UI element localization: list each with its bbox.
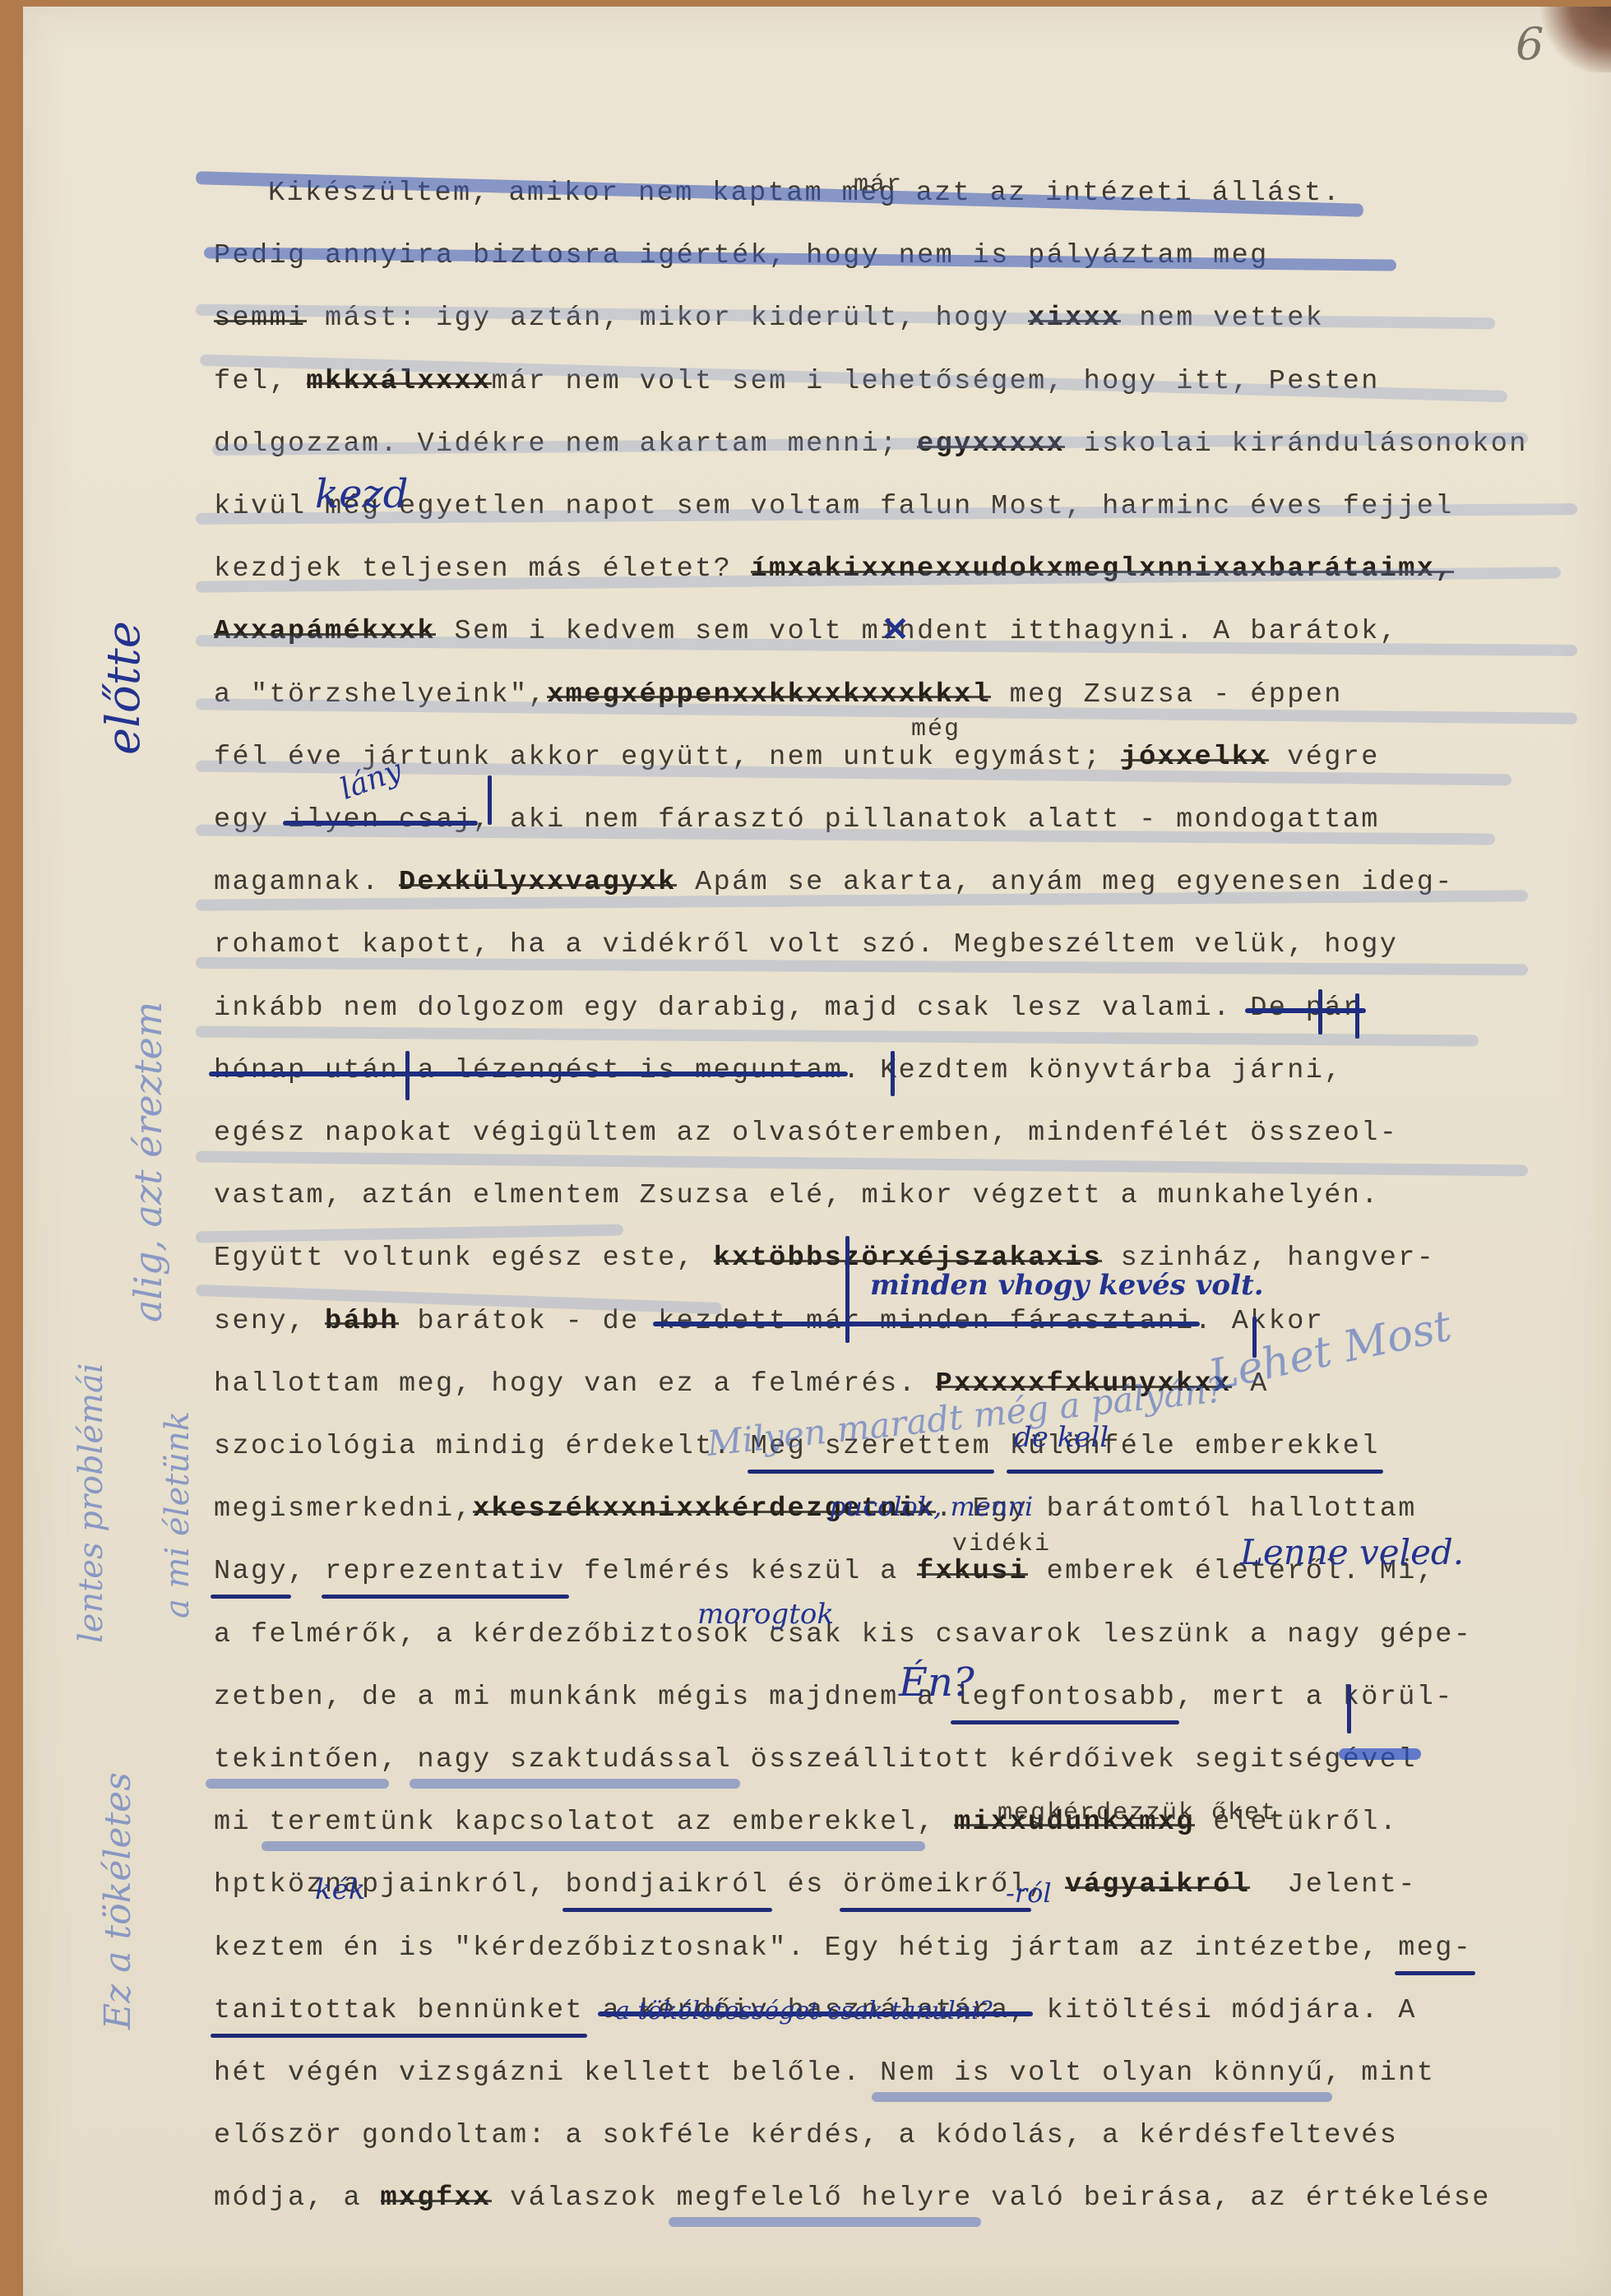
margin-note-vertical: előtte (97, 621, 150, 755)
pen-underline: legfontosabb (954, 1682, 1176, 1713)
pen-bracket (1347, 1684, 1351, 1734)
pen-underline: örömeikről (843, 1869, 1028, 1900)
pen-bracket (488, 775, 492, 825)
typed-text: Együtt voltunk egész este, (214, 1243, 714, 1274)
insertion-mark-icon: × (880, 607, 910, 649)
typed-line: módja, a mxgfxx válaszok megfelelő helyr… (214, 2183, 1491, 2214)
pen-underline: tanitottak bennünket (214, 1995, 584, 2026)
typed-line: inkább nem dolgozom egy darabig, majd cs… (214, 993, 1361, 1024)
pen-bracket (405, 1051, 410, 1100)
typed-strikeout: jóxxelkx (1121, 742, 1269, 773)
typed-line: hptköznapjainkról, bondjaikról és örömei… (214, 1869, 1417, 1900)
typed-text: seny, (214, 1306, 325, 1337)
handwritten-note: pucolok, menni (829, 1491, 1033, 1522)
marker-underline: megfelelő helyre (677, 2183, 973, 2214)
typed-text: szociológia mindig érdekelt. (214, 1431, 751, 1462)
typed-text (584, 1995, 603, 2026)
typed-text: és (769, 1869, 843, 1900)
typed-line: egész napokat végigültem az olvasóteremb… (214, 1118, 1398, 1149)
typed-text: zetben, de a mi munkánk mégis majdnem a (214, 1682, 954, 1713)
handwritten-note: morogtok (697, 1598, 834, 1631)
margin-note-vertical: Ez a tökéletes (97, 1772, 139, 2030)
typed-text: először gondoltam: a sokféle kérdés, a k… (214, 2120, 1398, 2151)
handwritten-note: -ról (1006, 1877, 1052, 1909)
pen-bracket (1355, 993, 1359, 1039)
marker-underline: nagy szaktudással (418, 1744, 733, 1775)
margin-note-vertical: lentes problémái (72, 1363, 110, 1643)
typed-line: seny, bábh barátok - de kezdett már mind… (214, 1306, 1324, 1337)
pen-underline: meg- (1398, 1933, 1472, 1964)
pen-strikethrough: hónap után a lézengést is meguntam (214, 1055, 843, 1086)
marker-underline: teremtünk kapcsolatot az emberekkel (270, 1807, 918, 1838)
pen-bracket (891, 1051, 895, 1096)
typed-text: a felmérők, a kérdezőbiztosok csak kis c… (214, 1619, 1472, 1650)
typed-insertion: megkérdezzük őket (998, 1799, 1277, 1827)
margin-note-vertical: alig, azt éreztem (126, 1002, 170, 1322)
typed-text: mi (214, 1807, 270, 1838)
typed-line: tekintően, nagy szaktudással összeállito… (214, 1744, 1417, 1775)
pen-underline: bondjaikról (566, 1869, 770, 1900)
typed-text: Jelent- (1250, 1869, 1417, 1900)
typed-text: keztem én is "kérdezőbiztosnak". Egy hét… (214, 1933, 1398, 1964)
typed-text: vastam, aztán elmentem Zsuzsa elé, mikor… (214, 1180, 1380, 1211)
typed-strikeout: Dexkülyxxvagyxk (399, 867, 677, 898)
marker-underline: Nem is volt olyan könnyű (880, 2058, 1324, 2089)
typed-text: hét végén vizsgázni kellett belőle. (214, 2058, 880, 2089)
pen-bracket (1318, 989, 1322, 1035)
typed-strikeout: vágyaikról (1065, 1869, 1250, 1900)
typed-text: rohamot kapott, ha a vidékről volt szó. … (214, 929, 1398, 961)
typed-text: összeállitott kérdőivek segitségével (732, 1744, 1417, 1775)
marker-underline: tekintően (214, 1744, 381, 1775)
typed-strikeout: mxgfxx (381, 2183, 492, 2214)
typed-strikeout: bábh (325, 1306, 399, 1337)
handwritten-note: de kell (1014, 1421, 1109, 1454)
pen-underline: Nagy (214, 1556, 288, 1587)
pen-bracket (845, 1236, 849, 1343)
typed-text: végre (1269, 742, 1380, 773)
typed-line: rohamot kapott, ha a vidékről volt szó. … (214, 929, 1398, 961)
typed-text: egész napokat végigültem az olvasóteremb… (214, 1118, 1398, 1149)
typed-line: hónap után a lézengést is meguntam. Kezd… (214, 1055, 1343, 1086)
typed-text: , (917, 1807, 954, 1838)
typed-text (991, 1431, 1010, 1462)
typed-text: hptköznapjainkról, (214, 1869, 566, 1900)
handwritten-note: Lenne veled. (1240, 1532, 1464, 1572)
typed-text: magamnak. (214, 867, 399, 898)
typewritten-manuscript-page: 6 Kikészültem, amikor nem kaptam meg azt… (23, 7, 1611, 2296)
typed-text: . Kezdtem könyvtárba járni, (843, 1055, 1343, 1086)
typed-insertion: vidéki (952, 1530, 1051, 1558)
typed-line: a felmérők, a kérdezőbiztosok csak kis c… (214, 1619, 1472, 1650)
typed-line: zetben, de a mi munkánk mégis majdnem a … (214, 1682, 1454, 1713)
typed-text: , (288, 1556, 325, 1587)
typed-text: , (381, 1744, 418, 1775)
typed-insertion: még (911, 715, 961, 743)
typed-text: , mert a körül- (1176, 1682, 1454, 1713)
handwritten-note: kék (315, 1873, 365, 1906)
typed-text: válaszok (492, 2183, 677, 2214)
typed-text: való beirása, az értékelése (973, 2183, 1491, 2214)
pen-underline: reprezentativ (325, 1556, 566, 1587)
typed-line: keztem én is "kérdezőbiztosnak". Egy hét… (214, 1933, 1472, 1964)
typed-strikeout: fxkusi (917, 1556, 1028, 1587)
typed-text: kitöltési módjára. A (1028, 1995, 1417, 2026)
handwritten-note: a tökéletességet csak tanulni? (615, 1997, 993, 2025)
typed-line: megismerkedni,xkeszékxxnixxkérdezgetnix.… (214, 1493, 1417, 1525)
handwritten-note: Én? (899, 1660, 974, 1706)
typed-text: megismerkedni, (214, 1493, 473, 1525)
typed-text: hallottam meg, hogy van ez a felmérés. (214, 1368, 936, 1400)
pen-strikethrough: De pár (1250, 993, 1361, 1024)
handwritten-note: kezd (315, 471, 409, 517)
pen-strikethrough: kezdett már minden fárasztani (658, 1306, 1195, 1337)
typed-line: először gondoltam: a sokféle kérdés, a k… (214, 2120, 1398, 2151)
typed-line: vastam, aztán elmentem Zsuzsa elé, mikor… (214, 1180, 1380, 1211)
typed-text: , mint (1324, 2058, 1435, 2089)
typed-text: felmérés készül a (566, 1556, 918, 1587)
handwritten-note: minden vhogy kevés volt. (870, 1269, 1264, 1302)
margin-note-vertical: a mi életünk (159, 1411, 197, 1618)
typed-text: fel, (214, 366, 307, 397)
typed-text: módja, a (214, 2183, 381, 2214)
marker-stroke (1339, 1748, 1421, 1760)
typed-text: inkább nem dolgozom egy darabig, majd cs… (214, 993, 1250, 1024)
typed-text: meg Zsuzsa - éppen (991, 679, 1343, 711)
typed-line: hét végén vizsgázni kellett belőle. Nem … (214, 2058, 1435, 2089)
